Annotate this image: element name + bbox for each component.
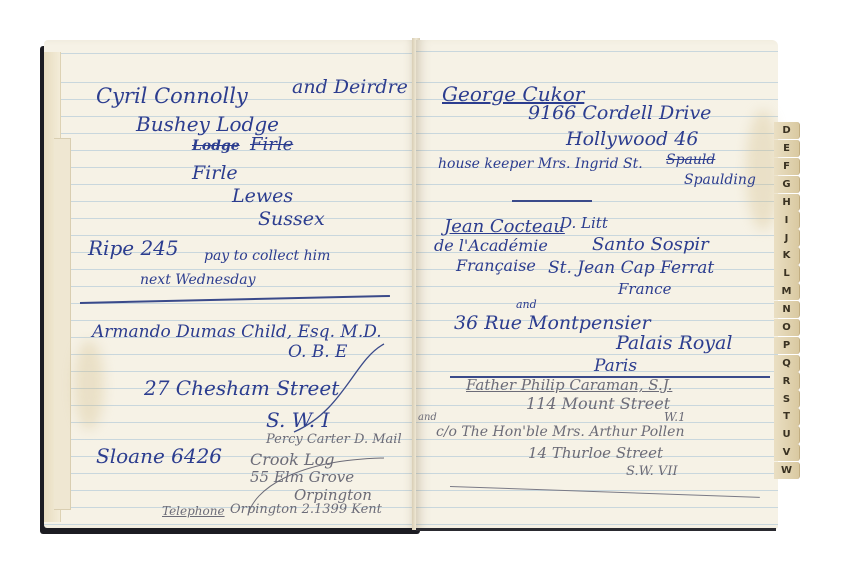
index-tab-p[interactable]: P bbox=[774, 337, 800, 354]
separator-line bbox=[450, 486, 760, 498]
entry-name-connolly: Cyril Connolly bbox=[96, 84, 248, 108]
index-tab-q[interactable]: Q bbox=[774, 355, 800, 372]
address-line: 55 Elm Grove bbox=[250, 468, 354, 486]
phone-label: Telephone bbox=[162, 504, 225, 518]
note-line: next Wednesday bbox=[140, 272, 255, 288]
address-line: S.W. VII bbox=[626, 464, 678, 479]
index-tab-l[interactable]: L bbox=[774, 265, 800, 282]
entry-title: de l'Académie bbox=[434, 236, 548, 255]
address-line: Palais Royal bbox=[616, 332, 732, 354]
index-tab-r[interactable]: R bbox=[774, 372, 800, 389]
entry-name-carter: Percy Carter D. Mail bbox=[266, 432, 402, 447]
index-tab-j[interactable]: J bbox=[774, 229, 800, 246]
index-tab-m[interactable]: M bbox=[774, 283, 800, 300]
index-tab-n[interactable]: N bbox=[774, 301, 800, 318]
address-line: France bbox=[618, 280, 671, 298]
right-page: George Cukor 9166 Cordell Drive Hollywoo… bbox=[416, 40, 778, 530]
struck-word: Lodge bbox=[192, 138, 240, 154]
address-line: Santo Sospir bbox=[592, 234, 709, 255]
connector-word: and bbox=[516, 298, 537, 311]
index-tab-s[interactable]: S bbox=[774, 390, 800, 407]
index-tab-g[interactable]: G bbox=[774, 176, 800, 193]
address-line: 36 Rue Montpensier bbox=[454, 312, 651, 334]
index-tab-t[interactable]: T bbox=[774, 408, 800, 425]
index-tab-i[interactable]: I bbox=[774, 211, 800, 228]
address-book: Cyril Connolly and Deirdre Bushey Lodge … bbox=[38, 38, 798, 533]
address-line: Sussex bbox=[258, 208, 325, 230]
address-line: St. Jean Cap Ferrat bbox=[548, 258, 714, 278]
paper-stain bbox=[74, 340, 104, 430]
separator-line bbox=[80, 295, 390, 304]
address-line: Lewes bbox=[232, 185, 293, 207]
phone-number: Ripe 245 bbox=[88, 236, 179, 260]
index-tabs: D E F G H I J K L M N O P Q R S T U V W bbox=[774, 122, 800, 480]
phone-number: Sloane 6426 bbox=[96, 444, 222, 468]
entry-annotation: and Deirdre bbox=[292, 76, 408, 98]
entry-title: Française bbox=[456, 256, 536, 275]
index-tab-v[interactable]: V bbox=[774, 444, 800, 461]
index-tab-k[interactable]: K bbox=[774, 247, 800, 264]
address-line: Crook Log bbox=[250, 450, 334, 469]
address-line: W.1 bbox=[664, 410, 686, 424]
entry-name-child: Armando Dumas Child, Esq. M.D. bbox=[92, 322, 382, 342]
index-tab-o[interactable]: O bbox=[774, 319, 800, 336]
struck-word: Spauld bbox=[666, 152, 715, 168]
entry-name-caraman: Father Philip Caraman, S.J. bbox=[466, 376, 672, 394]
address-line: Hollywood 46 bbox=[566, 128, 698, 150]
index-tab-w[interactable]: W bbox=[774, 462, 800, 479]
struck-word: Firle bbox=[250, 134, 293, 155]
separator-line bbox=[512, 200, 592, 202]
note-line: house keeper Mrs. Ingrid St. bbox=[438, 156, 643, 172]
index-tab-e[interactable]: E bbox=[774, 140, 800, 157]
phone-number: Orpington 2.1399 Kent bbox=[230, 502, 382, 517]
index-tab-d[interactable]: D bbox=[774, 122, 800, 139]
note-line: pay to collect him bbox=[204, 248, 330, 264]
address-line: c/o The Hon'ble Mrs. Arthur Pollen bbox=[436, 424, 684, 440]
address-line: 14 Thurloe Street bbox=[528, 444, 663, 462]
book-cover-edge bbox=[416, 528, 776, 531]
address-line: Bushey Lodge bbox=[136, 112, 279, 136]
entry-title: D. Litt bbox=[560, 214, 608, 232]
address-line: 9166 Cordell Drive bbox=[528, 102, 711, 124]
index-tab-u[interactable]: U bbox=[774, 426, 800, 443]
address-line: Paris bbox=[594, 356, 637, 376]
page-flap bbox=[54, 138, 71, 510]
address-line: Firle bbox=[192, 162, 238, 184]
entry-name-cocteau: Jean Cocteau bbox=[444, 216, 565, 237]
left-page: Cyril Connolly and Deirdre Bushey Lodge … bbox=[44, 40, 416, 528]
index-tab-f[interactable]: F bbox=[774, 158, 800, 175]
correction: Spaulding bbox=[684, 172, 756, 188]
index-tab-h[interactable]: H bbox=[774, 194, 800, 211]
address-line: 114 Mount Street bbox=[526, 394, 670, 413]
connector-word: and bbox=[418, 412, 437, 423]
